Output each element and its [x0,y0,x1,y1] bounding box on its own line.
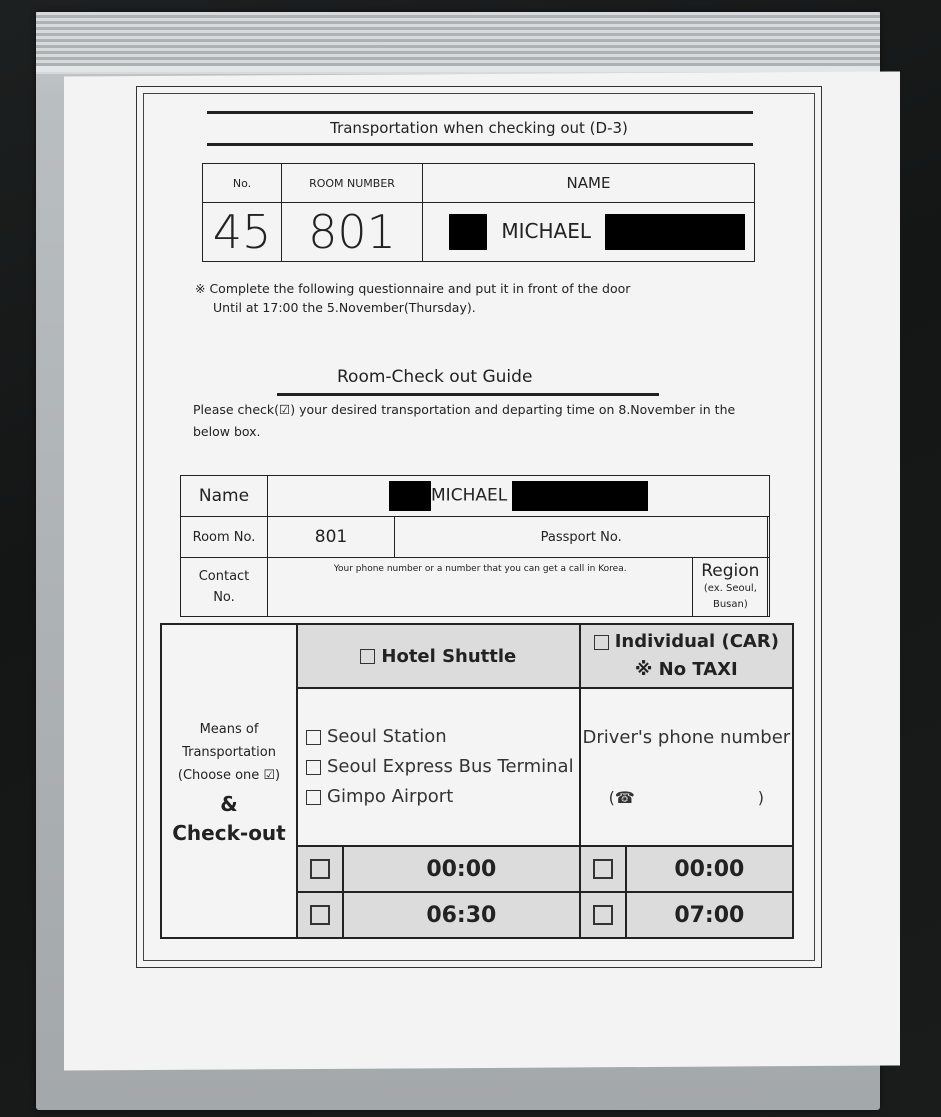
notice: ※ Complete the following questionnaire a… [195,279,630,317]
phone-close: ) [758,788,764,807]
guide-underline [277,393,659,396]
contact-label: Contact No. [181,558,268,617]
means-line3: (Choose one ☑) [162,764,296,787]
region-field[interactable] [768,558,770,617]
car-time-1: 00:00 [626,846,793,892]
name-label: Name [181,476,268,517]
shuttle-time-2: 06:30 [343,892,580,938]
checkbox[interactable] [306,790,321,805]
shuttle-destinations: Seoul Station Seoul Express Bus Terminal… [297,688,580,846]
car-option[interactable]: Individual (CAR) ※ No TAXI [580,624,793,688]
region-label-cell: Region (ex. Seoul, Busan) [693,558,768,617]
notice-line1: ※ Complete the following questionnaire a… [195,279,630,298]
contact-field[interactable]: Your phone number or a number that you c… [268,558,693,617]
shuttle-title: Hotel Shuttle [381,646,516,667]
destination-label: Seoul Express Bus Terminal [327,756,574,777]
notice-line2: Until at 17:00 the 5.November(Thursday). [195,298,630,317]
passport-label: Passport No. [395,517,768,558]
redacted-block [449,214,487,250]
room-value: 801 [282,203,423,262]
passport-field[interactable] [768,517,770,558]
no-value: 45 [203,203,282,262]
car-time-checkbox-2[interactable] [580,892,626,938]
redacted-block [389,481,431,511]
name-cell: MICHAEL [423,203,755,262]
name-header: NAME [423,164,755,203]
checkbox[interactable] [306,760,321,775]
no-taxi-note: ※ No TAXI [581,656,792,684]
checkbox[interactable] [306,730,321,745]
no-header: No. [203,164,282,203]
summary-table: No. ROOM NUMBER NAME 45 801 MICHAEL [202,163,755,262]
redacted-block [605,214,745,250]
phone-icon: (☎ [609,788,635,807]
guide-title: Room-Check out Guide [337,367,532,387]
shuttle-option[interactable]: Hotel Shuttle [297,624,580,688]
means-line4: Check-out [162,822,296,845]
form-title: Transportation when checking out (D-3) [137,119,821,137]
shuttle-checkbox[interactable] [360,649,375,664]
room-field[interactable]: 801 [268,517,395,558]
means-line2: Transportation [162,741,296,764]
redacted-block [512,481,648,511]
zip-line [36,66,880,72]
room-header: ROOM NUMBER [282,164,423,203]
car-time-2: 07:00 [626,892,793,938]
shuttle-time-checkbox-1[interactable] [297,846,343,892]
destination-express-bus[interactable]: Seoul Express Bus Terminal [298,752,579,782]
driver-phone-label: Driver's phone number [581,727,792,748]
transport-table: Means of Transportation (Choose one ☑) &… [160,623,794,939]
checkout-form: Transportation when checking out (D-3) N… [136,86,822,968]
divider [207,111,753,114]
means-amp: & [162,793,296,816]
room-label: Room No. [181,517,268,558]
region-hint: (ex. Seoul, Busan) [693,581,767,613]
name-value: MICHAEL [501,219,591,243]
zip-seal [36,12,880,74]
name-field[interactable]: MICHAEL [268,476,770,517]
means-label: Means of Transportation (Choose one ☑) &… [161,624,297,938]
shuttle-time-checkbox-2[interactable] [297,892,343,938]
destination-label: Gimpo Airport [327,786,453,807]
driver-phone-cell[interactable]: Driver's phone number (☎ ) [580,688,793,846]
name-value: MICHAEL [431,486,507,506]
shuttle-time-1: 00:00 [343,846,580,892]
info-table: Name MICHAEL Room No. 801 Passport No. C… [180,475,770,617]
destination-label: Seoul Station [327,726,447,747]
divider [207,143,753,146]
car-time-checkbox-1[interactable] [580,846,626,892]
car-checkbox[interactable] [594,635,609,650]
destination-gimpo[interactable]: Gimpo Airport [298,782,579,812]
means-line1: Means of [162,718,296,741]
region-label: Region [693,561,767,581]
guide-instruction: Please check(☑) your desired transportat… [193,399,773,443]
car-title: Individual (CAR) [615,631,779,652]
destination-seoul-station[interactable]: Seoul Station [298,722,579,752]
